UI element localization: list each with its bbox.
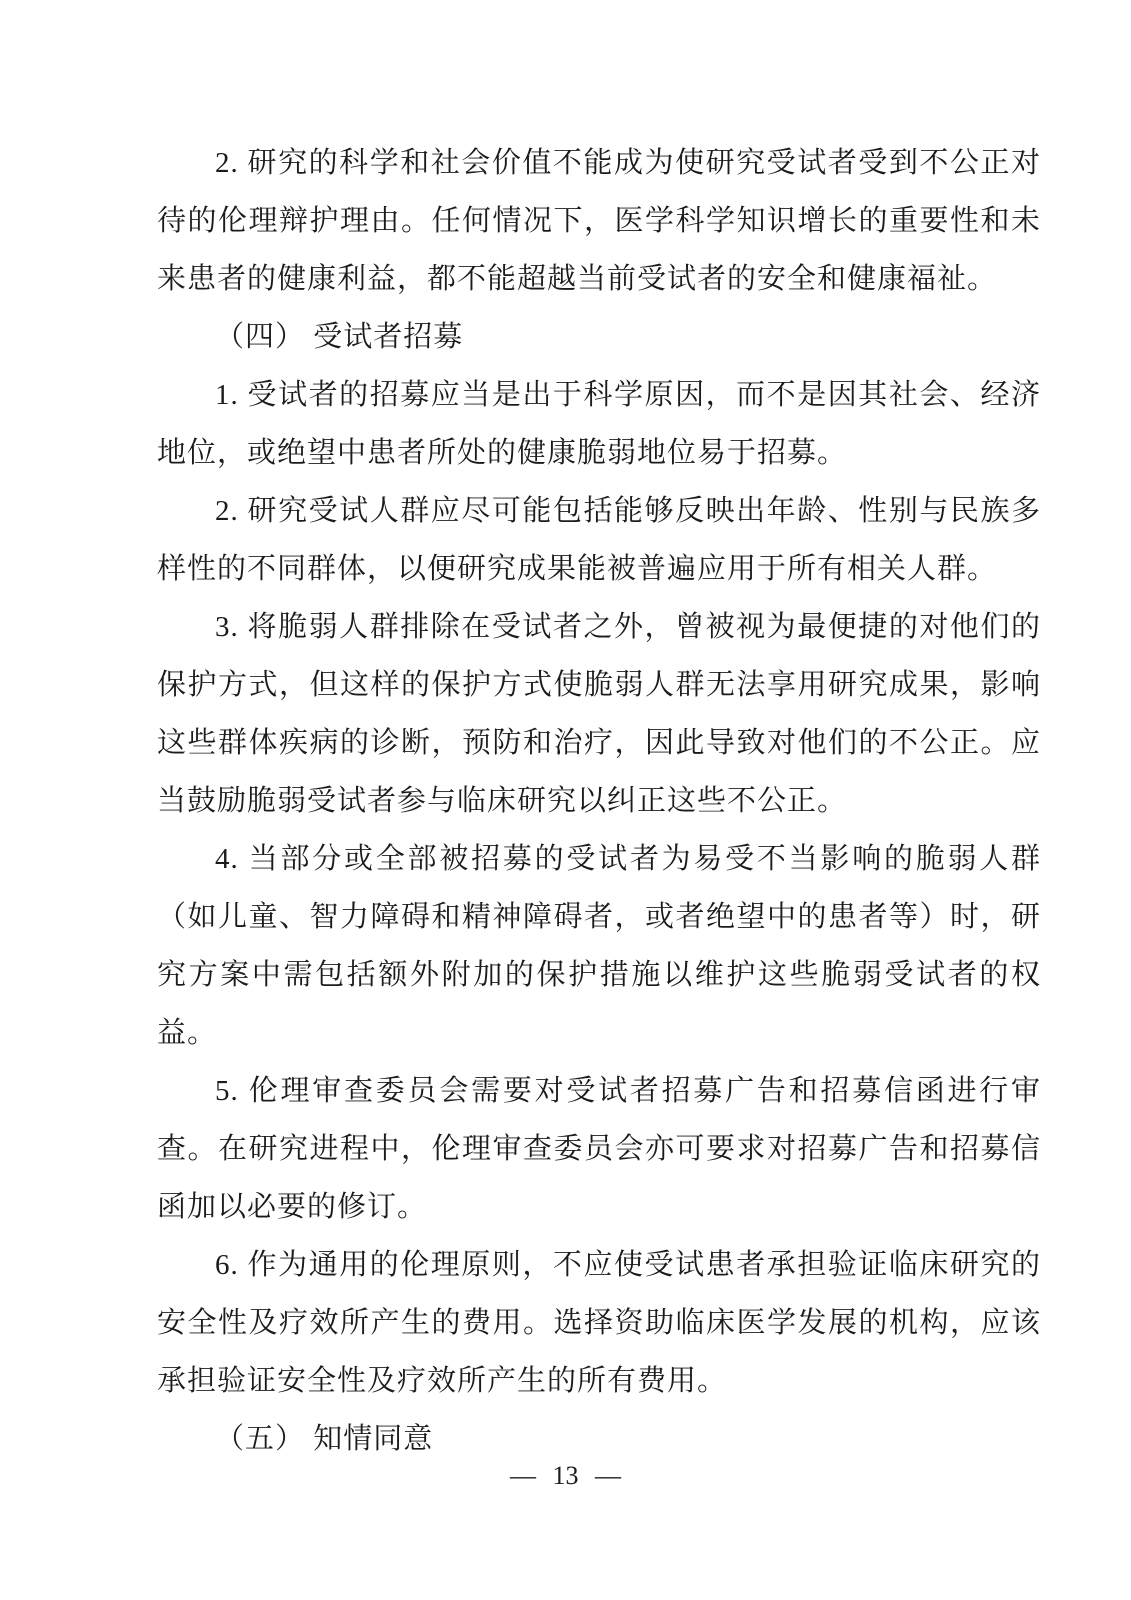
document-body: 2. 研究的科学和社会价值不能成为使研究受试者受到不公正对待的伦理辩护理由。任何… — [157, 134, 1041, 1468]
body-paragraph: 2. 研究的科学和社会价值不能成为使研究受试者受到不公正对待的伦理辩护理由。任何… — [157, 134, 1041, 308]
body-paragraph: 2. 研究受试人群应尽可能包括能够反映出年龄、性别与民族多样性的不同群体，以便研… — [157, 482, 1041, 598]
body-paragraph: 4. 当部分或全部被招募的受试者为易受不当影响的脆弱人群（如儿童、智力障碍和精神… — [157, 830, 1041, 1062]
section-heading-4: （四） 受试者招募 — [157, 308, 1041, 366]
page-number: — 13 — — [0, 1458, 1131, 1494]
document-page: 2. 研究的科学和社会价值不能成为使研究受试者受到不公正对待的伦理辩护理由。任何… — [0, 0, 1131, 1600]
body-paragraph: 5. 伦理审查委员会需要对受试者招募广告和招募信函进行审查。在研究进程中，伦理审… — [157, 1062, 1041, 1236]
body-paragraph: 6. 作为通用的伦理原则，不应使受试患者承担验证临床研究的安全性及疗效所产生的费… — [157, 1236, 1041, 1410]
body-paragraph: 3. 将脆弱人群排除在受试者之外，曾被视为最便捷的对他们的保护方式，但这样的保护… — [157, 598, 1041, 830]
body-paragraph: 1. 受试者的招募应当是出于科学原因，而不是因其社会、经济地位，或绝望中患者所处… — [157, 366, 1041, 482]
